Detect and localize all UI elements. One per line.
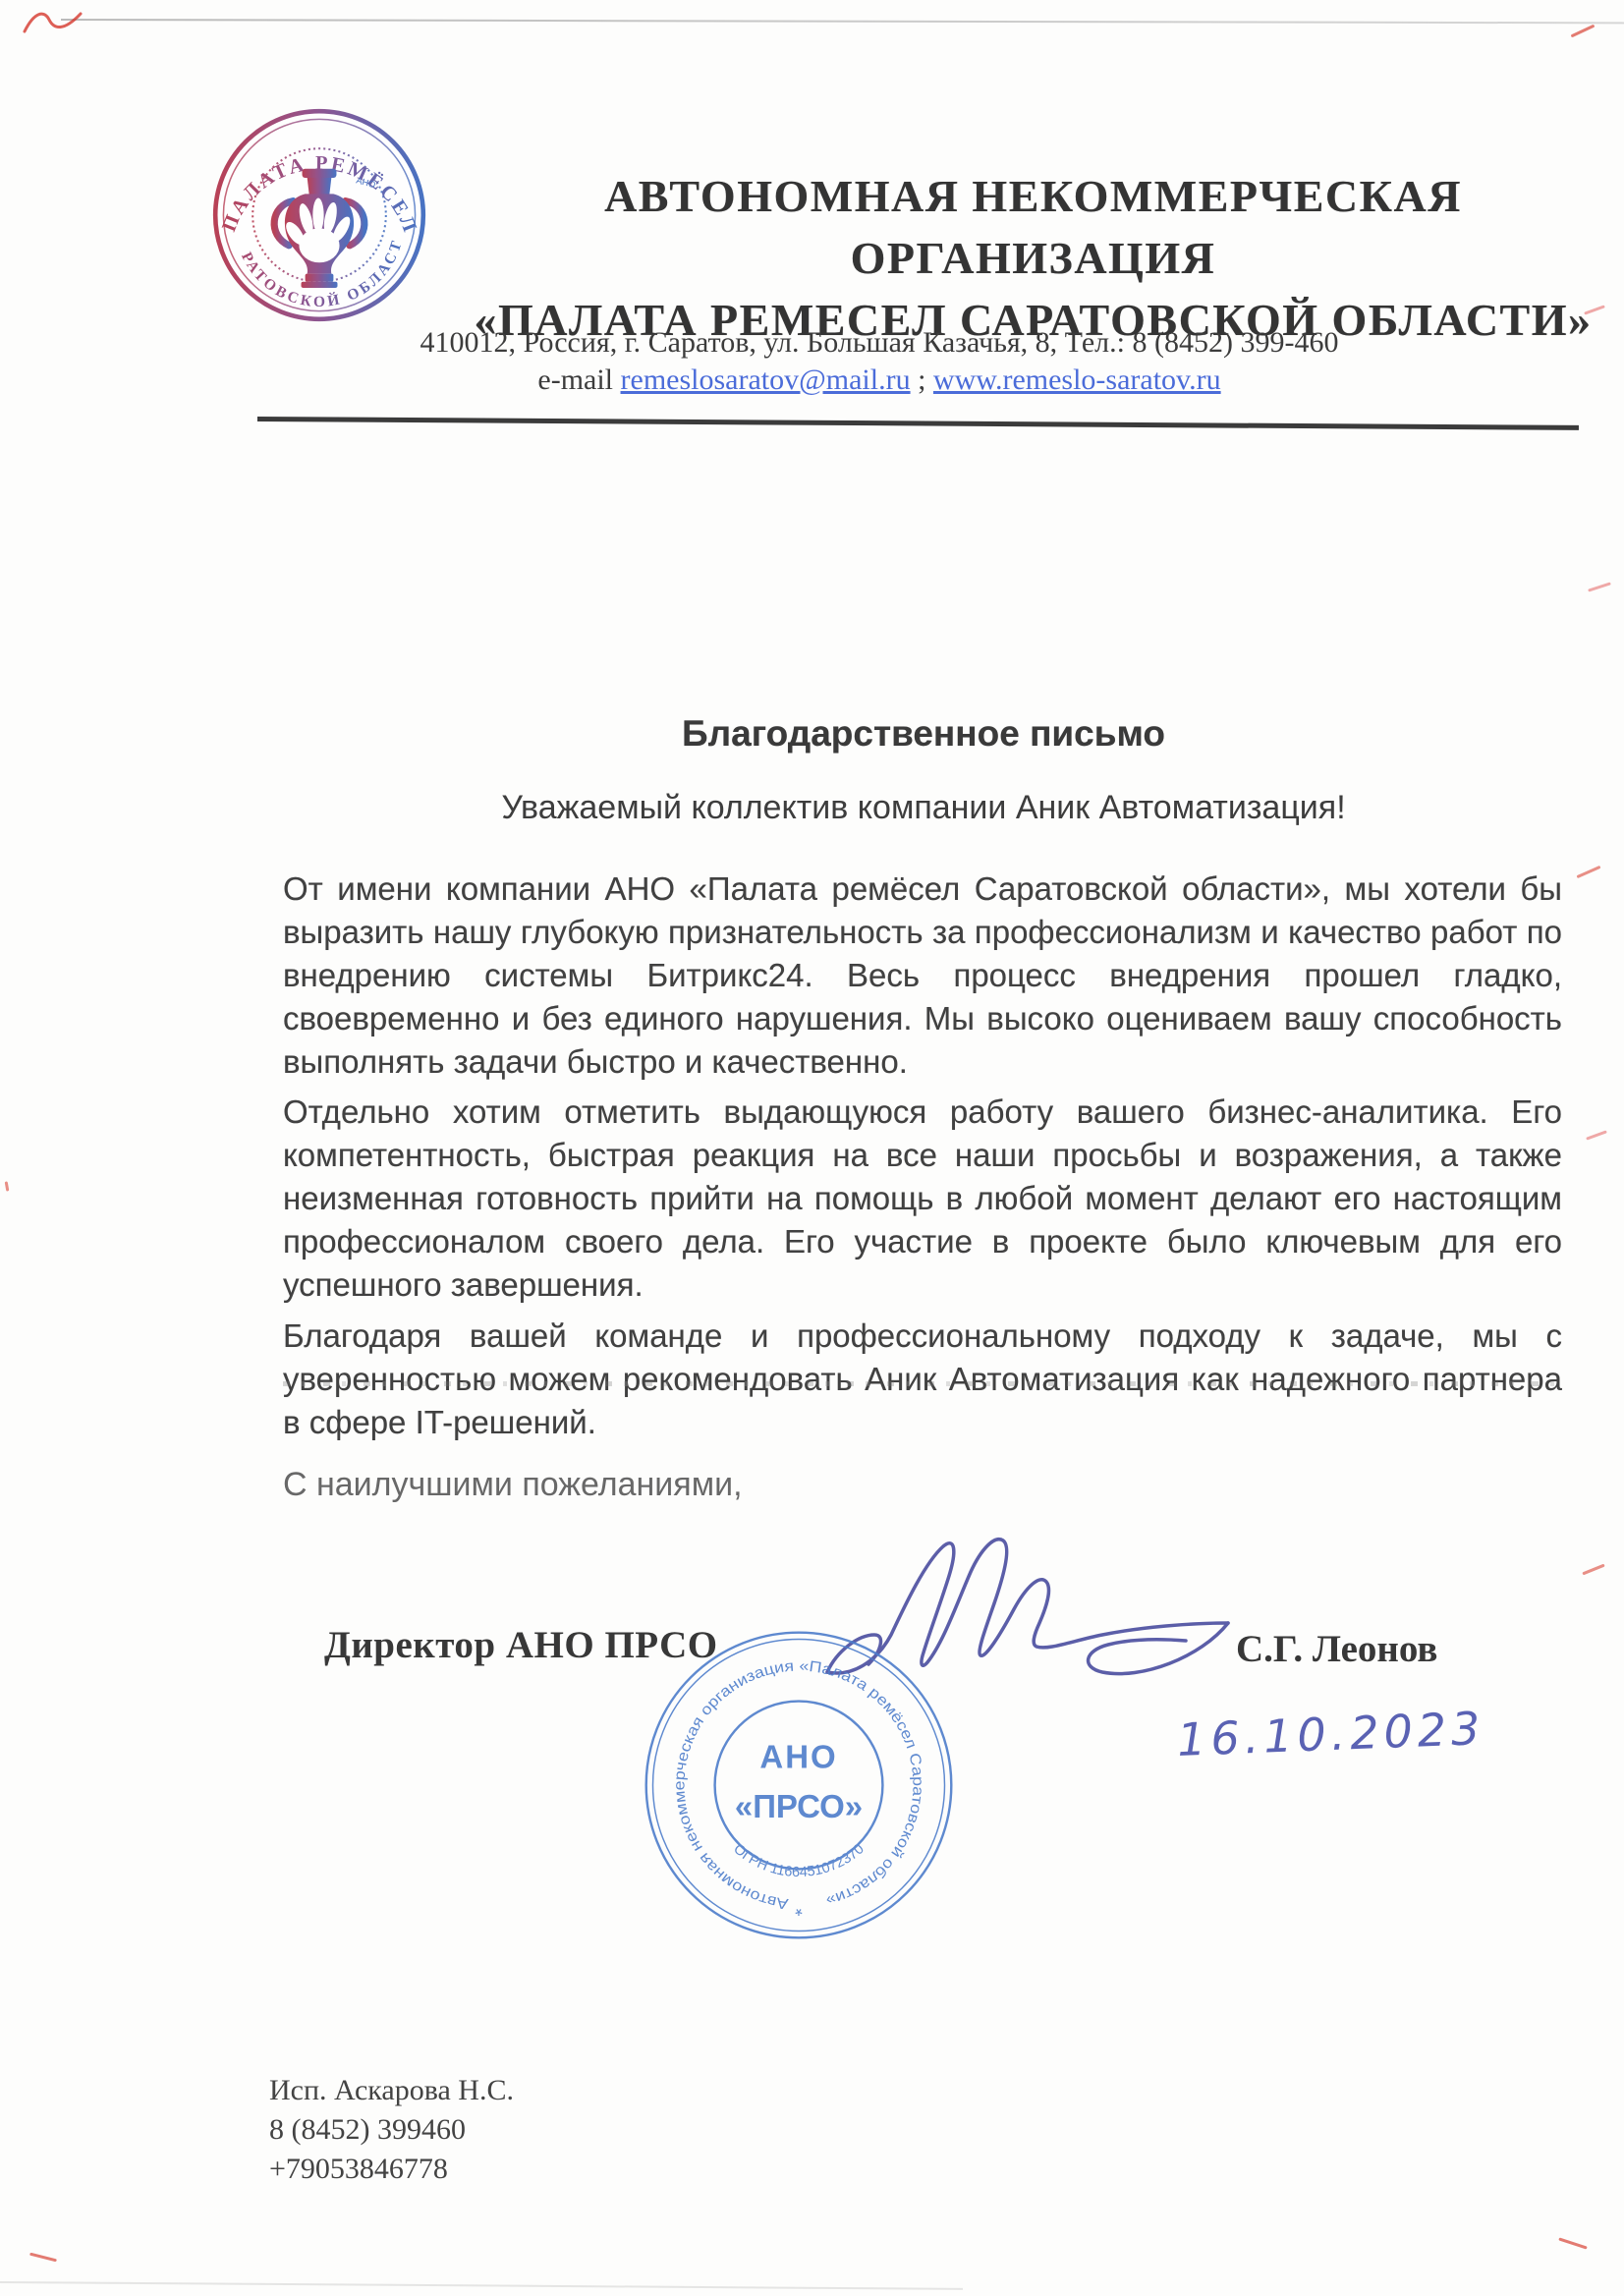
- stamp-star: *: [795, 1897, 803, 1919]
- separator: ;: [911, 364, 933, 396]
- scan-artifact-mark: [1571, 25, 1596, 38]
- address-line: 410012, Россия, г. Саратов, ул. Большая …: [388, 324, 1371, 362]
- letterhead-org-name: АВТОНОМНАЯ НЕКОММЕРЧЕСКАЯ ОРГАНИЗАЦИЯ «П…: [442, 165, 1624, 351]
- stamp-center-line2: «ПРСО»: [735, 1788, 863, 1824]
- email-link: remeslosaratov@mail.ru: [621, 364, 911, 396]
- scan-noise-strip: [283, 1381, 1562, 1386]
- scan-artifact-mark: [1586, 1130, 1607, 1140]
- scan-artifact-bottom-line: [0, 2281, 963, 2290]
- stamp-ogrn-text: ОГРН 1166451072370: [730, 1841, 868, 1880]
- email-line: e-mail remeslosaratov@mail.ru ; www.reme…: [388, 362, 1371, 399]
- svg-text:ОГРН 1166451072370: ОГРН 1166451072370: [730, 1841, 868, 1880]
- letter-paragraph-1: От имени компании АНО «Палата ремёсел Са…: [283, 868, 1562, 1084]
- letterhead-divider: [257, 417, 1579, 430]
- letter-paragraph-3: Благодаря вашей команде и профессиональн…: [283, 1315, 1562, 1444]
- email-label: e-mail: [537, 364, 620, 396]
- organization-stamp: Автономная некоммерческая организация «П…: [637, 1623, 961, 1947]
- scan-artifact-mark: [1588, 582, 1611, 591]
- website-link: www.remeslo-saratov.ru: [933, 364, 1221, 396]
- stamp-center-line1: АНО: [759, 1739, 837, 1775]
- letter-paragraph-2: Отдельно хотим отметить выдающуюся работ…: [283, 1091, 1562, 1307]
- letter-title: Благодарственное письмо: [285, 713, 1562, 755]
- scan-artifact-mark: [5, 1181, 10, 1191]
- handwritten-date: 16.10.2023: [1176, 1702, 1485, 1766]
- letter-salutation: Уважаемый коллектив компании Аник Автома…: [285, 789, 1562, 827]
- signer-name: С.Г. Леонов: [1236, 1627, 1438, 1671]
- scan-artifact-mark: [29, 2253, 57, 2263]
- phone-line-1: 8 (8452) 399460: [269, 2110, 514, 2150]
- scan-artifact-mark: [1558, 2237, 1587, 2249]
- scan-artifact-mark: [1582, 1564, 1604, 1576]
- letter-footer: Исп. Аскарова Н.С. 8 (8452) 399460 +7905…: [269, 2071, 514, 2189]
- phone-line-2: +79053846778: [269, 2150, 514, 2189]
- scan-artifact-red-scribble: [20, 2, 88, 41]
- scanned-letter-page: ПАЛАТА РЕМЁСЕЛ САРАТОВСКОЙ ОБЛАСТИ АНО А: [0, 0, 1624, 2296]
- scan-artifact-mark: [1577, 866, 1601, 878]
- organization-logo: ПАЛАТА РЕМЁСЕЛ САРАТОВСКОЙ ОБЛАСТИ АНО: [208, 104, 430, 326]
- scan-artifact-top-line: [61, 19, 1624, 24]
- letterhead-contacts: 410012, Россия, г. Саратов, ул. Большая …: [388, 324, 1371, 399]
- executor-line: Исп. Аскарова Н.С.: [269, 2071, 514, 2110]
- letter-closing: С наилучшими пожеланиями,: [283, 1466, 743, 1504]
- org-name-line1: АВТОНОМНАЯ НЕКОММЕРЧЕСКАЯ ОРГАНИЗАЦИЯ: [442, 165, 1624, 289]
